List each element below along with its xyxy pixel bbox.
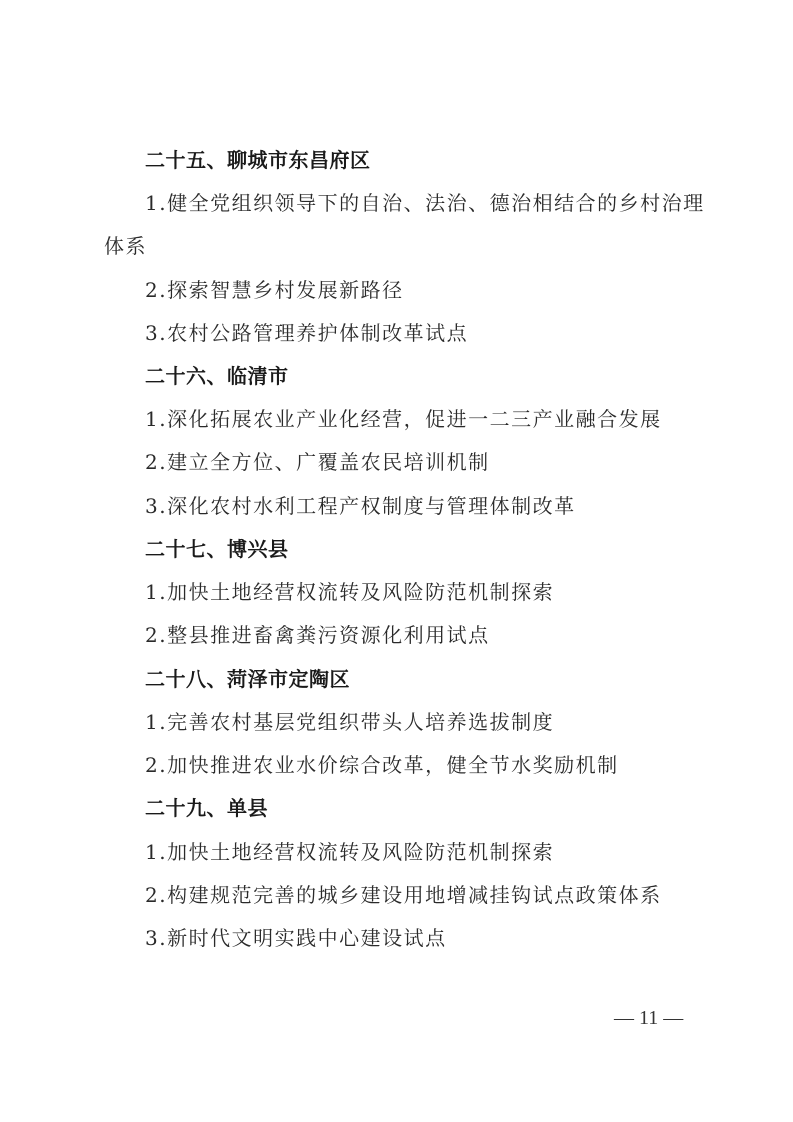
list-item: 2.探索智慧乡村发展新路径 (145, 278, 404, 302)
list-item: 2.加快推进农业水价综合改革，健全节水奖励机制 (145, 753, 619, 777)
list-item: 2.整县推进畜禽粪污资源化利用试点 (145, 623, 490, 647)
list-item: 1.加快土地经营权流转及风险防范机制探索 (145, 840, 554, 864)
list-item: 3.深化农村水利工程产权制度与管理体制改革 (145, 494, 576, 518)
section-heading-25: 二十五、聊城市东昌府区 (145, 148, 371, 172)
list-item: 1.深化拓展农业产业化经营，促进一二三产业融合发展 (145, 407, 662, 431)
list-item: 3.农村公路管理养护体制改革试点 (145, 321, 468, 345)
section-heading-29: 二十九、单县 (145, 796, 268, 820)
page-number: — 11 — (614, 1006, 683, 1030)
document-page: 二十五、聊城市东昌府区 1.健全党组织领导下的自治、法治、德治相结合的乡村治理 … (0, 0, 793, 1122)
list-item: 1.健全党组织领导下的自治、法治、德治相结合的乡村治理 (145, 191, 705, 215)
section-heading-28: 二十八、菏泽市定陶区 (145, 667, 350, 691)
list-item: 3.新时代文明实践中心建设试点 (145, 926, 447, 950)
section-heading-27: 二十七、博兴县 (145, 537, 289, 561)
list-item: 2.构建规范完善的城乡建设用地增减挂钩试点政策体系 (145, 883, 662, 907)
list-item: 1.加快土地经营权流转及风险防范机制探索 (145, 580, 554, 604)
list-item: 2.建立全方位、广覆盖农民培训机制 (145, 450, 490, 474)
list-item: 1.完善农村基层党组织带头人培养选拔制度 (145, 710, 554, 734)
section-heading-26: 二十六、临清市 (145, 364, 289, 388)
list-item-continuation: 体系 (104, 234, 147, 258)
